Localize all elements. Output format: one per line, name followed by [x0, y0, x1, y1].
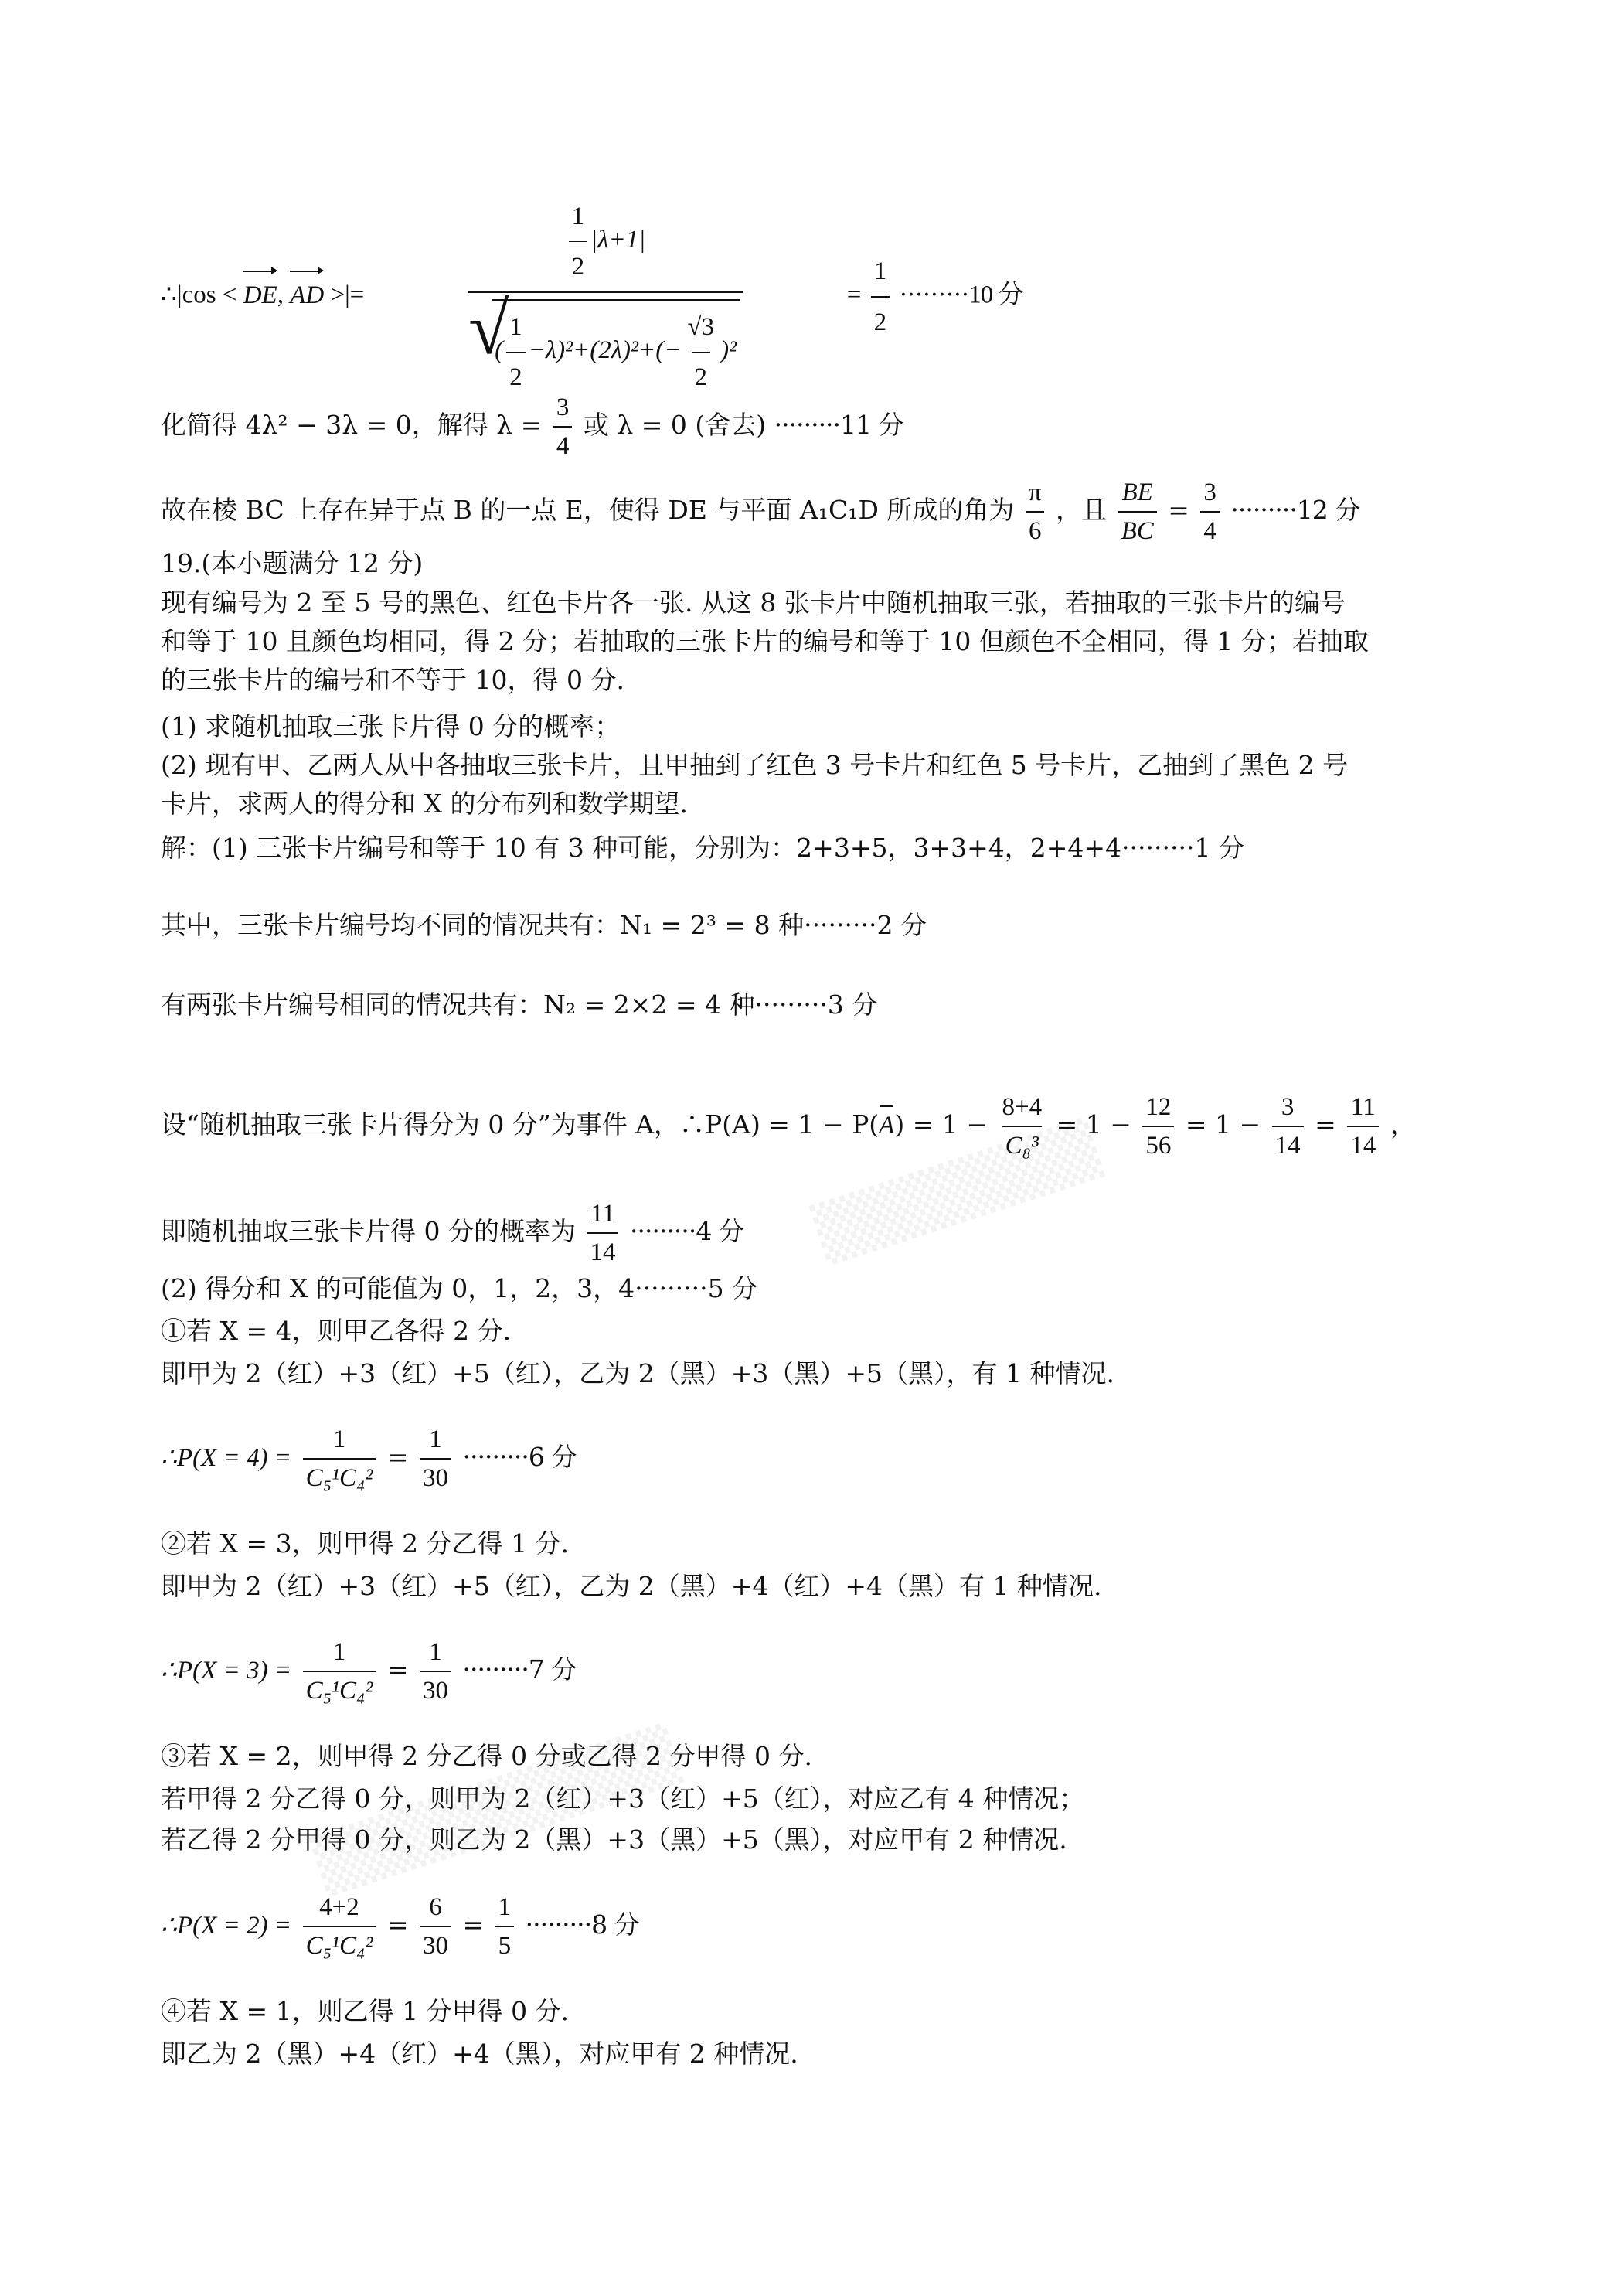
eq: = — [387, 1654, 409, 1685]
num: 8+4 — [999, 1090, 1045, 1126]
rhs-fraction: 12 — [871, 248, 890, 346]
num: 3 — [1278, 1090, 1298, 1126]
case-4-detail: 即乙为 2（黑）+4（红）+4（黑），对应甲有 2 种情况. — [161, 2037, 798, 2071]
solution-step-5: 即随机抽取三张卡片得 0 分的概率为 1114 ·········4 分 — [161, 1197, 743, 1269]
ratio-fraction: BEBC — [1118, 475, 1157, 548]
simplify-line: 化简得 4λ² − 3λ = 0，解得 λ = 34 或 λ = 0 (舍去) … — [161, 390, 903, 463]
case-3-prob: ∴P(X = 2) = 4+2C₅¹C₄² = 630 = 15 ·······… — [161, 1890, 639, 1963]
a-complement: A — [879, 1109, 894, 1143]
frac-3: 15 — [495, 1890, 515, 1963]
den: C₅¹C₄² — [303, 1458, 376, 1495]
den: C₈³ — [1002, 1126, 1042, 1163]
den: 2 — [569, 241, 588, 290]
num: 11 — [587, 1197, 618, 1232]
q19-sub1: (1) 求随机抽取三张卡片得 0 分的概率； — [161, 710, 620, 744]
sqrt-expression: (12−λ)²+(2λ)²+(−√32)² — [492, 299, 740, 400]
den: C₅¹C₄² — [303, 1671, 376, 1708]
prob-text: 即随机抽取三张卡片得 0 分的概率为 — [161, 1216, 576, 1246]
case-1-prob: ∴P(X = 4) = 1C₅¹C₄² = 130 ·········6 分 — [161, 1422, 576, 1495]
den: 2 — [871, 296, 890, 346]
paren: ( — [495, 336, 503, 364]
abs-lambda: |λ+1| — [590, 226, 645, 254]
case-3-detail-1: 若甲得 2 分乙得 0 分，则甲为 2（红）+3（红）+5（红），对应乙有 4 … — [161, 1782, 1084, 1816]
num: 1 — [330, 1635, 349, 1671]
score-4: ·········4 分 — [630, 1216, 743, 1246]
num: 11 — [1348, 1090, 1379, 1126]
simplify-text-2: 或 λ = 0 (舍去) — [584, 410, 766, 440]
num: 1 — [871, 248, 890, 296]
frac-2: 130 — [420, 1635, 451, 1708]
simplify-text: 化简得 4λ² − 3λ = 0，解得 λ = — [161, 410, 542, 440]
eq: ) = 1 − — [894, 1109, 988, 1139]
den: 4 — [553, 426, 573, 463]
q19-sub2-2: 卡片，求两人的得分和 X 的分布列和数学期望. — [161, 787, 688, 821]
terms: −λ)²+(2λ)²+(− — [529, 336, 682, 364]
den: 14 — [587, 1232, 618, 1269]
den: 30 — [420, 1671, 451, 1708]
case-2-head: ②若 X = 3，则甲得 2 分乙得 1 分. — [161, 1527, 569, 1561]
cos-suffix: >|= — [330, 281, 364, 309]
q19-stem-1: 现有编号为 2 至 5 号的黑色、红色卡片各一张. 从这 8 张卡片中随机抽取三… — [161, 586, 1346, 620]
vector-de: DE — [243, 272, 277, 319]
conclusion-text: 故在棱 BC 上存在异于点 B 的一点 E，使得 DE 与平面 A₁C₁D 所成… — [161, 495, 1014, 525]
score-8: ·········8 分 — [526, 1909, 639, 1940]
case-1-head: ①若 X = 4，则甲乙各得 2 分. — [161, 1314, 511, 1348]
frac-2: 130 — [420, 1422, 451, 1495]
cos-formula: ∴|cos < DE, AD >|= 12|λ+1| (12−λ)²+(2λ)²… — [161, 193, 1023, 400]
half-fraction: 12 — [569, 193, 588, 290]
cos-prefix: ∴|cos < — [161, 281, 236, 309]
case-2-detail: 即甲为 2（红）+3（红）+5（红），乙为 2（黑）+4（红）+4（黑）有 1 … — [161, 1569, 1102, 1603]
value-fraction: 34 — [1200, 475, 1220, 548]
frac-1: 1C₅¹C₄² — [303, 1422, 376, 1495]
frac-half: 12 — [506, 304, 526, 400]
solution-step-3: 有两张卡片编号相同的情况共有：N₂ = 2×2 = 4 种·········3 … — [161, 988, 877, 1022]
angle-fraction: π6 — [1026, 475, 1045, 548]
solution-step-6: (2) 得分和 X 的可能值为 0，1，2，3，4·········5 分 — [161, 1272, 757, 1306]
p-lhs: ∴P(X = 3) = — [161, 1657, 291, 1685]
case-4-head: ④若 X = 1，则乙得 1 分甲得 0 分. — [161, 1995, 569, 2029]
den: 56 — [1142, 1126, 1174, 1163]
frac-sqrt3: √32 — [684, 304, 717, 400]
num: √3 — [684, 304, 717, 352]
eq: = — [1315, 1109, 1336, 1139]
prob-fraction: 1114 — [587, 1197, 618, 1269]
lambda-fraction: 34 — [553, 390, 573, 463]
den: 6 — [1026, 511, 1045, 548]
den: BC — [1118, 511, 1157, 548]
equals: = — [1168, 495, 1189, 525]
conclusion-text-2: ，且 — [1056, 495, 1107, 525]
comma: ， — [1390, 1109, 1416, 1139]
case-1-detail: 即甲为 2（红）+3（红）+5（红），乙为 2（黑）+3（黑）+5（黑），有 1… — [161, 1357, 1114, 1391]
frac-1: 8+4C₈³ — [999, 1090, 1045, 1163]
equals: = — [847, 281, 862, 309]
num: 4+2 — [316, 1890, 362, 1926]
num: 6 — [426, 1890, 445, 1926]
den: 4 — [1200, 511, 1220, 548]
p-lhs: ∴P(X = 2) = — [161, 1912, 291, 1940]
den: 30 — [420, 1458, 451, 1495]
num: 1 — [330, 1422, 349, 1458]
num: BE — [1119, 475, 1156, 511]
case-3-detail-2: 若乙得 2 分甲得 0 分，则乙为 2（黑）+3（黑）+5（黑），对应甲有 2 … — [161, 1823, 1067, 1857]
q19-header: 19.(本小题满分 12 分) — [161, 547, 423, 581]
num: 1 — [495, 1890, 515, 1926]
comma: , — [277, 281, 284, 309]
score-7: ·········7 分 — [463, 1654, 577, 1685]
num: 1 — [426, 1635, 445, 1671]
score-12: ·········12 分 — [1230, 495, 1359, 525]
num: 3 — [553, 390, 573, 426]
den: 5 — [495, 1926, 515, 1963]
case-3-head: ③若 X = 2，则甲得 2 分乙得 0 分或乙得 2 分甲得 0 分. — [161, 1739, 812, 1773]
num: 1 — [569, 193, 588, 241]
solution-step-2: 其中，三张卡片编号均不同的情况共有：N₁ = 2³ = 8 种·········… — [161, 908, 927, 942]
vector-ad: AD — [290, 272, 324, 319]
den: 14 — [1272, 1126, 1304, 1163]
frac-2: 1256 — [1142, 1090, 1174, 1163]
main-denominator: (12−λ)²+(2λ)²+(−√32)² — [468, 291, 743, 400]
q19-sub2-1: (2) 现有甲、乙两人从中各抽取三张卡片，且甲抽到了红色 3 号卡片和红色 5 … — [161, 748, 1348, 782]
paren-close: )² — [720, 336, 737, 364]
eq: = — [387, 1442, 409, 1472]
num: 12 — [1142, 1090, 1174, 1126]
score-10: ·········10 分 — [899, 281, 1022, 309]
frac-1: 1C₅¹C₄² — [303, 1635, 376, 1708]
score-6: ·········6 分 — [463, 1442, 577, 1472]
frac-1: 4+2C₅¹C₄² — [303, 1890, 376, 1963]
num: 1 — [506, 304, 526, 352]
solution-step-1: 解：(1) 三张卡片编号和等于 10 有 3 种可能，分别为：2+3+5，3+3… — [161, 831, 1244, 865]
eq: = 1 − — [1186, 1109, 1261, 1139]
frac-3: 314 — [1272, 1090, 1304, 1163]
eq: = — [463, 1909, 485, 1940]
solution-step-4: 设“随机抽取三张卡片得分为 0 分”为事件 A，∴P(A) = 1 − P(A)… — [161, 1090, 1416, 1163]
main-numerator: 12|λ+1| — [563, 193, 649, 291]
main-fraction: 12|λ+1| (12−λ)²+(2λ)²+(−√32)² — [374, 193, 838, 400]
num: 3 — [1200, 475, 1220, 511]
eq: = 1 − — [1056, 1109, 1131, 1139]
conclusion-line: 故在棱 BC 上存在异于点 B 的一点 E，使得 DE 与平面 A₁C₁D 所成… — [161, 475, 1359, 548]
frac-2: 630 — [420, 1890, 451, 1963]
q19-stem-2: 和等于 10 且颜色均相同，得 2 分；若抽取的三张卡片的编号和等于 10 但颜… — [161, 625, 1369, 659]
den: 30 — [420, 1926, 451, 1963]
num: 1 — [426, 1422, 445, 1458]
q19-stem-3: 的三张卡片的编号和不等于 10，得 0 分. — [161, 663, 624, 697]
score-11: ·········11 分 — [774, 410, 903, 440]
den: 14 — [1347, 1126, 1379, 1163]
p-lhs: ∴P(X = 4) = — [161, 1444, 291, 1472]
num: π — [1026, 475, 1045, 511]
den: C₅¹C₄² — [303, 1926, 376, 1963]
eq: = — [387, 1909, 409, 1940]
case-2-prob: ∴P(X = 3) = 1C₅¹C₄² = 130 ·········7 分 — [161, 1635, 576, 1708]
event-text: 设“随机抽取三张卡片得分为 0 分”为事件 A，∴P(A) = 1 − P( — [161, 1109, 879, 1139]
frac-4: 1114 — [1347, 1090, 1379, 1163]
